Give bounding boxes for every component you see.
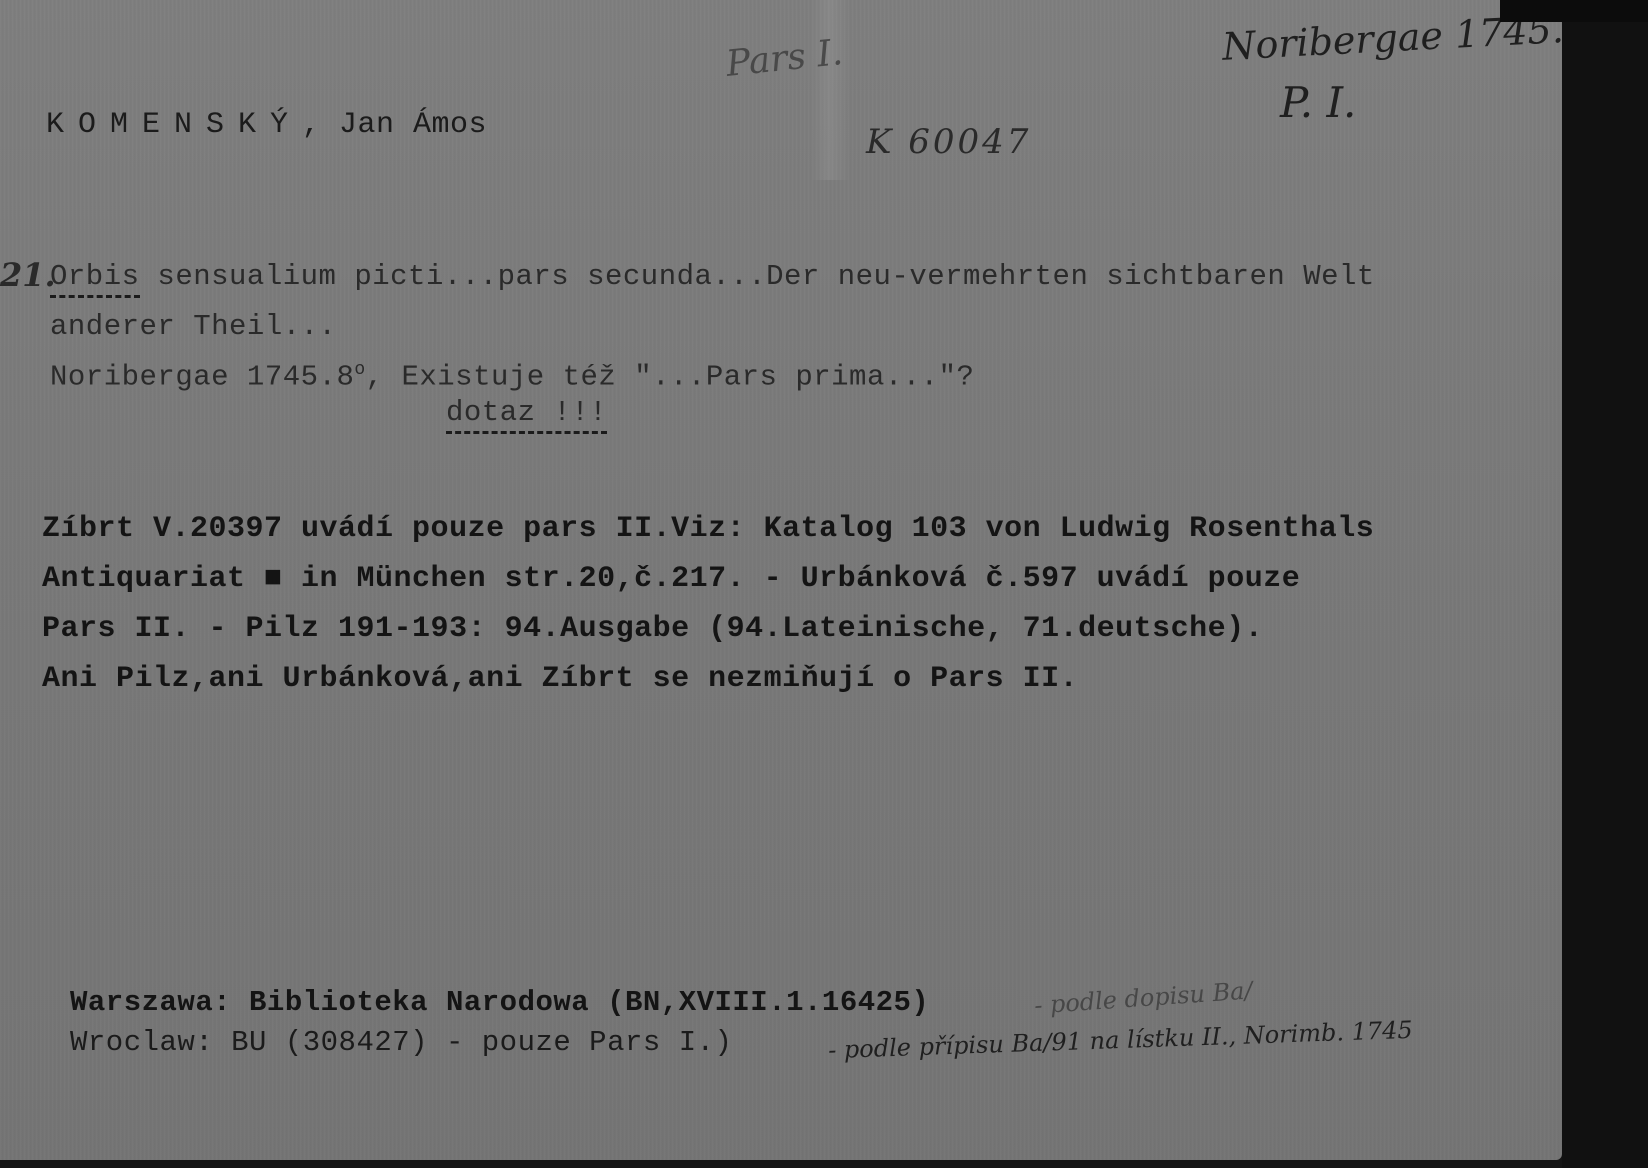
scanned-catalog-card: KOMENSKÝ, Jan Ámos 21. Orbis sensualium … (0, 0, 1648, 1168)
location-line-wroclaw: Wroclaw: BU (308427) - pouze Pars I.) (70, 1026, 732, 1059)
note-line: Ani Pilz,ani Urbánková,ani Zíbrt se nezm… (42, 662, 1078, 696)
author-given-names: , Jan Ámos (302, 108, 487, 142)
author-heading: KOMENSKÝ, Jan Ámos (46, 108, 487, 142)
title-line-1: Orbis sensualium picti...pars secunda...… (50, 260, 1375, 293)
title-line-2: anderer Theil... (50, 310, 336, 343)
note-line: Zíbrt V.20397 uvádí pouze pars II.Viz: K… (42, 512, 1374, 546)
entry-number: 21. (0, 256, 56, 294)
note-line: Pars II. - Pilz 191-193: 94.Ausgabe (94.… (42, 612, 1263, 646)
handwritten-part: P. I. (1280, 78, 1356, 127)
catalog-card: KOMENSKÝ, Jan Ámos 21. Orbis sensualium … (0, 0, 1562, 1160)
note-line: Antiquariat ■ in München str.20,č.217. -… (42, 562, 1300, 596)
imprint-line: Noribergae 1745.8o, Existuje též "...Par… (50, 360, 974, 394)
author-surname: KOMENSKÝ (46, 108, 302, 142)
query-note: dotaz !!! (446, 396, 607, 429)
scanner-background-right (1562, 0, 1648, 1168)
query-note-text: dotaz !!! (446, 396, 607, 434)
imprint-remark: , Existuje též "...Pars prima..."? (366, 361, 975, 394)
scanner-background-top (1500, 0, 1648, 22)
location-line-warszawa: Warszawa: Biblioteka Narodowa (BN,XVIII.… (70, 986, 929, 1019)
title-rest: sensualium picti...pars secunda...Der ne… (140, 260, 1375, 293)
format-superscript: o (354, 360, 365, 380)
imprint-place-year: Noribergae 1745.8 (50, 361, 354, 394)
title-underlined-word: Orbis (50, 260, 140, 298)
handwritten-location-note-2: - podle přípisu Ba/91 na lístku II., Nor… (828, 1016, 1413, 1064)
handwritten-shelf-mark: K 60047 (866, 122, 1031, 162)
paper-crease (810, 0, 850, 180)
handwritten-location-note-1: - podle dopisu Ba/ (1033, 976, 1253, 1019)
